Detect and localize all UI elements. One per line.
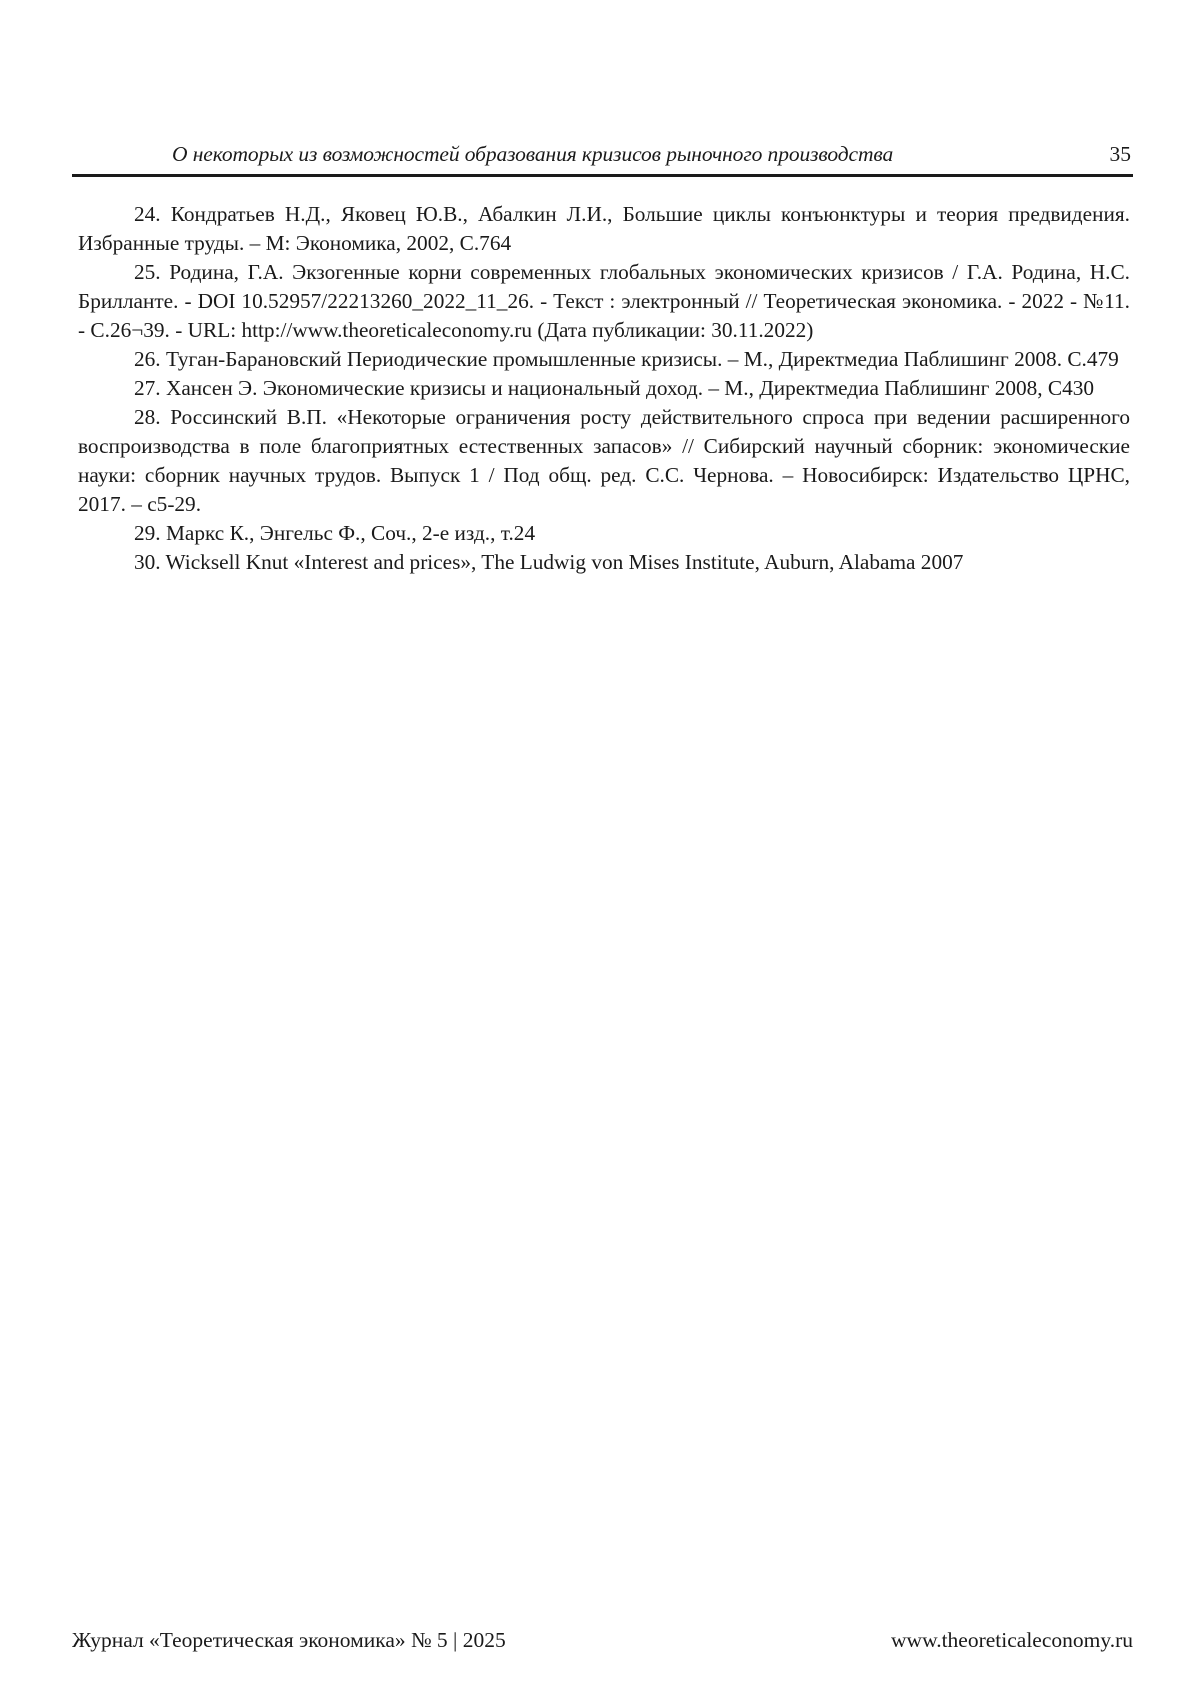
reference-item-27: 27. Хансен Э. Экономические кризисы и на… bbox=[78, 374, 1130, 403]
reference-item-25: 25. Родина, Г.А. Экзогенные корни соврем… bbox=[78, 258, 1130, 345]
reference-item-29: 29. Маркс К., Энгельс Ф., Соч., 2-е изд.… bbox=[78, 519, 1130, 548]
running-header: О некоторых из возможностей образования … bbox=[72, 138, 1133, 177]
reference-list: 24. Кондратьев Н.Д., Яковец Ю.В., Абалки… bbox=[78, 200, 1130, 577]
page-number: 35 bbox=[1110, 142, 1132, 167]
footer-journal-info: Журнал «Теоретическая экономика» № 5 | 2… bbox=[72, 1628, 506, 1653]
footer-website-link[interactable]: www.theoreticaleconomy.ru bbox=[891, 1628, 1133, 1653]
reference-item-30: 30. Wicksell Knut «Interest and prices»,… bbox=[78, 548, 1130, 577]
running-title: О некоторых из возможностей образования … bbox=[172, 142, 893, 167]
reference-item-28: 28. Россинский В.П. «Некоторые ограничен… bbox=[78, 403, 1130, 519]
reference-item-24: 24. Кондратьев Н.Д., Яковец Ю.В., Абалки… bbox=[78, 200, 1130, 258]
page-footer: Журнал «Теоретическая экономика» № 5 | 2… bbox=[72, 1628, 1133, 1662]
reference-item-26: 26. Туган-Барановский Периодические пром… bbox=[78, 345, 1130, 374]
